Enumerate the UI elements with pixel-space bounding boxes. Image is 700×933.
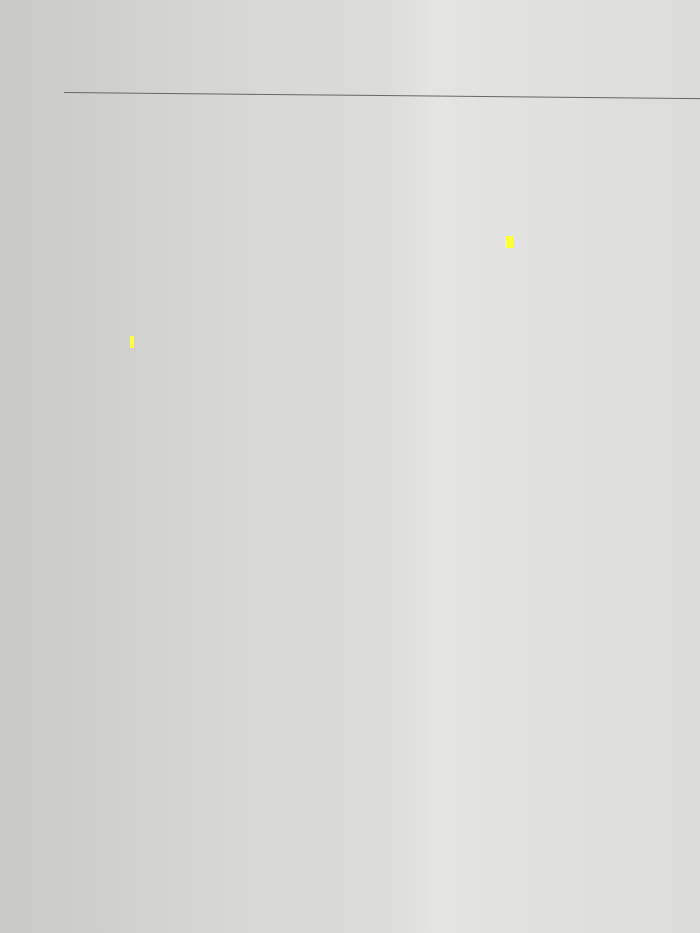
letter-page bbox=[0, 0, 700, 933]
recipient-name bbox=[505, 236, 513, 248]
redaction-mark bbox=[130, 336, 134, 348]
redaction-mark bbox=[509, 236, 513, 248]
greeting bbox=[130, 336, 134, 348]
header-divider bbox=[64, 92, 700, 99]
